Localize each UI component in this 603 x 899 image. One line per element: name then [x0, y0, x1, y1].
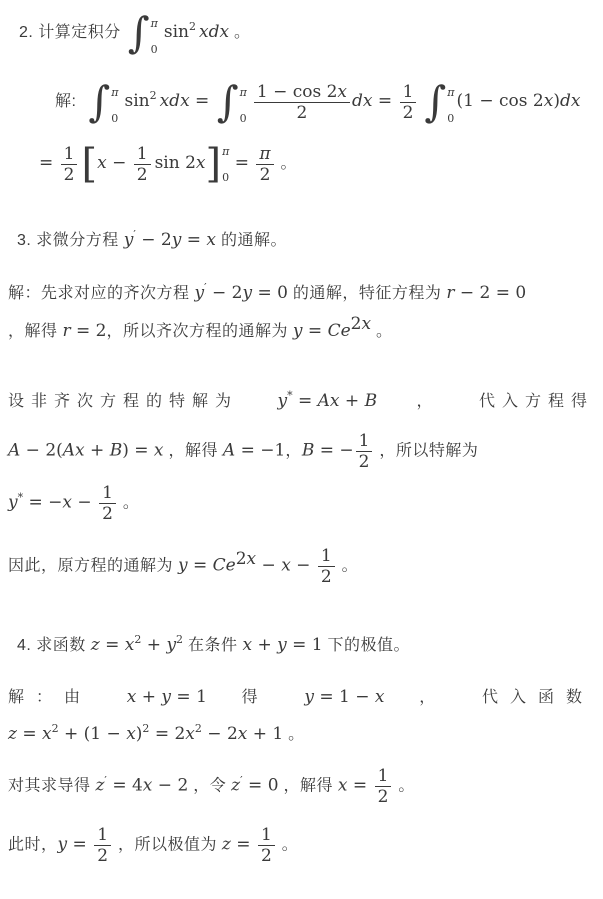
- integral-lower-limit: 0: [447, 106, 454, 132]
- math-roman: 2: [137, 165, 148, 185]
- math-variable: y: [277, 391, 287, 411]
- fraction: 1 − cos 2x2: [254, 83, 350, 122]
- text-run: 。: [229, 24, 250, 41]
- math-variable: y: [293, 321, 303, 341]
- fraction: 12: [134, 145, 151, 184]
- math-roman: −: [256, 556, 281, 576]
- math-roman: =: [67, 835, 92, 855]
- math-roman: + 1: [247, 724, 283, 744]
- math-variable: y: [124, 230, 134, 250]
- fraction-numerator: 1: [356, 432, 373, 451]
- text-run: 。: [371, 323, 392, 340]
- math-roman: − 2: [152, 776, 188, 796]
- math-roman: −: [72, 493, 97, 513]
- math-roman: =: [17, 724, 42, 744]
- fraction-denominator: 2: [400, 102, 417, 122]
- superscript: 2: [150, 89, 157, 102]
- math-variable: x: [62, 493, 72, 513]
- problem-4-solution-line-2: z = x2 + (1 − x)2 = 2x2 − 2x + 1 。: [8, 721, 603, 749]
- math-variable: A: [8, 441, 20, 461]
- superscript: 2: [142, 722, 149, 735]
- text-run: ，所以齐次方程的通解为: [106, 323, 292, 340]
- math-roman: =: [231, 835, 256, 855]
- math-variable: y: [172, 230, 182, 250]
- math-roman: = 0: [243, 776, 279, 796]
- math-roman: 2: [378, 787, 389, 807]
- math-variable: xdx: [199, 22, 229, 42]
- problem-3-solution-line-4: A − 2(Ax + B) = x ，解得 A = −1，B = −12 ，所以…: [8, 432, 603, 471]
- problem-4-solution-line-1: 解：由x + y = 1得y = 1 − x，代入函数: [8, 684, 594, 711]
- text-run: 对其求导得: [8, 778, 95, 795]
- math-roman: −: [107, 153, 132, 173]
- fraction-denominator: 2: [94, 845, 111, 865]
- fraction-denominator: 2: [356, 451, 373, 471]
- math-variable: z: [222, 835, 231, 855]
- math-variable: x: [154, 441, 164, 461]
- fraction: 12: [356, 432, 373, 471]
- math-roman: 2: [102, 504, 113, 524]
- fraction: π2: [256, 145, 273, 184]
- fraction-numerator: 1: [99, 484, 116, 503]
- text-run: 。: [276, 155, 297, 172]
- fraction-numerator: π: [256, 145, 273, 164]
- problem-3-solution-line-1: 解：先求对应的齐次方程 y′ − 2y = 0 的通解，特征方程为 r − 2 …: [8, 280, 603, 308]
- text-run: 3. 求微分方程: [17, 232, 124, 249]
- math-roman: =: [100, 635, 125, 655]
- text-run: 代入方程得: [479, 389, 594, 415]
- math-roman: 2: [351, 314, 362, 334]
- math-roman: sin: [164, 22, 189, 42]
- text-run: 得: [242, 685, 270, 711]
- math-roman: ) =: [122, 441, 154, 461]
- text-run: 此时，: [8, 837, 58, 854]
- math-roman: 2: [97, 846, 108, 866]
- text-run: ，解得: [8, 323, 62, 340]
- text-run: 代入函数: [482, 685, 594, 711]
- problem-4-solution-line-3: 对其求导得 z′ = 4x − 2 ，令 z′ = 0 ，解得 x = 12 。: [8, 767, 603, 806]
- fraction-denominator: 2: [254, 102, 350, 122]
- math-variable: x: [127, 687, 137, 707]
- math-variable: x: [143, 776, 153, 796]
- math-variable: x: [42, 724, 52, 744]
- math-variable: x: [206, 230, 216, 250]
- math-variable: Ax: [318, 391, 340, 411]
- math-variable: xdx: [160, 91, 190, 111]
- problem-4-solution-line-4: 此时，y = 12 ，所以极值为 z = 12 。: [8, 826, 603, 865]
- math-variable: Ce: [213, 556, 236, 576]
- fraction-denominator: 2: [99, 503, 116, 523]
- math-variable: x: [196, 153, 206, 173]
- math-roman: = 2: [71, 321, 107, 341]
- integral-glyph: ∫: [424, 79, 446, 125]
- fraction-numerator: 1: [61, 145, 78, 164]
- math-roman: −: [291, 556, 316, 576]
- fraction: 12: [94, 826, 111, 865]
- math-variable: y: [166, 635, 176, 655]
- integral-sign: ∫π0: [217, 79, 247, 125]
- text-run: 4. 求函数: [17, 637, 91, 654]
- text-run: 在条件: [183, 637, 242, 654]
- math-roman: 1 − cos 2: [257, 82, 338, 102]
- math-variable: y: [304, 687, 314, 707]
- math-variable: y: [8, 493, 18, 513]
- math-roman: sin 2: [155, 153, 196, 173]
- math-roman: 2: [403, 103, 414, 123]
- superscript: 2: [176, 633, 183, 646]
- math-roman: =: [303, 321, 328, 341]
- math-roman: 2: [260, 165, 271, 185]
- math-variable: x: [362, 314, 372, 334]
- math-roman: ): [553, 91, 560, 111]
- math-roman: +: [85, 441, 110, 461]
- text-run: ，: [419, 685, 447, 711]
- integral-lower-limit: 0: [111, 106, 118, 132]
- math-roman: =: [39, 153, 59, 173]
- math-group: y = 1 − x: [304, 684, 384, 711]
- math-variable: B: [110, 441, 123, 461]
- math-roman: +: [252, 635, 277, 655]
- math-roman: = −: [314, 441, 353, 461]
- superscript: *: [18, 491, 24, 504]
- math-roman: 1: [378, 766, 389, 786]
- text-run: ，: [285, 443, 302, 460]
- math-variable: x: [185, 724, 195, 744]
- integral-sign: ∫π0: [424, 79, 454, 125]
- math-variable: dx: [352, 91, 372, 111]
- fraction-numerator: 1: [258, 826, 275, 845]
- math-roman: − 2 = 0: [454, 283, 526, 303]
- problem-3-solution-line-5: y* = −x − 12 。: [8, 484, 603, 523]
- math-variable: y: [58, 835, 68, 855]
- fraction-numerator: 1: [375, 767, 392, 786]
- math-variable: A: [223, 441, 235, 461]
- math-roman: = 1: [287, 635, 323, 655]
- math-variable: x: [242, 635, 252, 655]
- text-run: 因此，原方程的通解为: [8, 558, 178, 575]
- fraction-numerator: 1 − cos 2x: [254, 83, 350, 102]
- math-roman: =: [229, 153, 254, 173]
- math-roman: 2: [297, 103, 308, 123]
- fraction-numerator: 1: [400, 83, 417, 102]
- math-roman: = 2: [149, 724, 185, 744]
- fraction: 12: [318, 547, 335, 586]
- fraction-denominator: 2: [318, 566, 335, 586]
- math-roman: 1: [261, 825, 272, 845]
- math-roman: 1: [102, 483, 113, 503]
- text-run: ，解得: [164, 443, 223, 460]
- text-run: 解:: [55, 93, 86, 110]
- integral-upper-limit: π: [240, 80, 247, 106]
- math-variable: z: [91, 635, 100, 655]
- math-variable: y: [242, 283, 252, 303]
- superscript: 2x: [351, 319, 371, 332]
- math-variable: B: [302, 441, 315, 461]
- math-roman: − 2: [136, 230, 172, 250]
- math-roman: 1: [97, 825, 108, 845]
- integral-limits: π0: [240, 79, 247, 125]
- text-run: 解：先求对应的齐次方程: [8, 285, 194, 302]
- math-roman: +: [340, 391, 365, 411]
- math-roman: 1: [64, 144, 75, 164]
- fraction: 12: [99, 484, 116, 523]
- fraction-denominator: 2: [61, 164, 78, 184]
- math-variable: x: [337, 82, 347, 102]
- math-variable: y: [277, 635, 287, 655]
- fraction: 12: [375, 767, 392, 806]
- text-run: ，令: [188, 778, 231, 795]
- math-variable: z: [231, 776, 240, 796]
- math-variable: x: [375, 687, 385, 707]
- integral-sign: ∫π0: [88, 79, 118, 125]
- integral-lower-limit: 0: [151, 37, 158, 63]
- problem-3-title: 3. 求微分方程 y′ − 2y = x 的通解。: [17, 227, 603, 255]
- math-roman: = −1: [235, 441, 285, 461]
- text-run: ，所以特解为: [374, 443, 478, 460]
- fraction-numerator: 1: [318, 547, 335, 566]
- integral-limits: π0: [447, 79, 454, 125]
- integral-glyph: ∫: [128, 10, 150, 56]
- math-roman: 2: [64, 165, 75, 185]
- math-group: y* = Ax + B: [277, 388, 377, 416]
- math-roman: sin: [124, 91, 149, 111]
- superscript: 2: [195, 722, 202, 735]
- text-run: ，所以极值为: [113, 837, 222, 854]
- fraction: 12: [258, 826, 275, 865]
- text-run: 。: [337, 558, 358, 575]
- problem-2-solution-line-1: 解: ∫π0sin2xdx = ∫π01 − cos 2x2dx = 12∫π0…: [55, 79, 603, 125]
- math-variable: B: [365, 391, 378, 411]
- integral-limits: π0: [151, 10, 158, 56]
- math-roman: − 2: [207, 283, 243, 303]
- fraction-denominator: 2: [375, 786, 392, 806]
- math-variable: y: [178, 556, 188, 576]
- integral-glyph: ∫: [88, 79, 110, 125]
- fraction-denominator: 2: [256, 164, 273, 184]
- math-roman: 1: [359, 431, 370, 451]
- math-variable: y: [161, 687, 171, 707]
- math-roman: = 0: [252, 283, 288, 303]
- superscript: ′: [133, 228, 136, 241]
- superscript: ′: [104, 774, 107, 787]
- text-run: 。: [283, 726, 304, 743]
- math-variable: x: [126, 724, 136, 744]
- math-variable: x: [338, 776, 348, 796]
- math-roman: + (1 −: [59, 724, 127, 744]
- math-roman: +: [136, 687, 161, 707]
- fraction: 12: [61, 145, 78, 184]
- text-run: 的通解，特征方程为: [288, 285, 446, 302]
- fraction: 12: [400, 83, 417, 122]
- text-run: 下的极值。: [323, 637, 410, 654]
- math-roman: 2: [321, 567, 332, 587]
- math-roman: 2: [261, 846, 272, 866]
- bracket: [: [81, 141, 97, 187]
- math-roman: +: [141, 635, 166, 655]
- math-variable: r: [62, 321, 70, 341]
- math-variable: π: [259, 144, 270, 164]
- math-roman: = 1 −: [314, 687, 375, 707]
- math-roman: 1: [137, 144, 148, 164]
- math-roman: 2: [359, 452, 370, 472]
- superscript: *: [287, 389, 293, 402]
- text-run: 设非齐次方程的特解为: [8, 389, 238, 415]
- math-roman: − 2(: [20, 441, 63, 461]
- math-roman: =: [293, 391, 318, 411]
- text-run: 。: [393, 778, 414, 795]
- fraction-denominator: 2: [258, 845, 275, 865]
- problem-3-solution-line-6: 因此，原方程的通解为 y = Ce2x − x − 12 。: [8, 547, 603, 586]
- superscript: 2: [134, 633, 141, 646]
- integral-upper-limit: π: [447, 80, 454, 106]
- fraction-denominator: 2: [134, 164, 151, 184]
- math-variable: Ax: [63, 441, 85, 461]
- math-roman: = 4: [107, 776, 143, 796]
- superscript: ′: [240, 774, 243, 787]
- text-run: ，: [417, 389, 440, 415]
- problem-3-solution-line-3: 设非齐次方程的特解为y* = Ax + B，代入方程得: [8, 388, 594, 416]
- math-roman: 1: [403, 82, 414, 102]
- integral-limits: π0: [111, 79, 118, 125]
- text-run: 。: [118, 495, 139, 512]
- superscript: 2: [189, 20, 196, 33]
- math-roman: 1: [321, 546, 332, 566]
- math-roman: =: [348, 776, 373, 796]
- integral-upper-limit: π: [151, 11, 158, 37]
- superscript: ′: [204, 281, 207, 294]
- math-roman: − 2: [202, 724, 238, 744]
- math-roman: =: [190, 91, 215, 111]
- math-roman: =: [181, 230, 206, 250]
- problem-2-solution-line-2: = 12[x − 12sin 2x]π0 = π2 。: [39, 138, 603, 190]
- math-roman: =: [373, 91, 398, 111]
- math-roman: (1 − cos 2: [457, 91, 544, 111]
- text-run: 的通解。: [216, 232, 287, 249]
- text-run: 解：由: [8, 685, 92, 711]
- superscript: 2x: [236, 554, 256, 567]
- math-variable: y: [194, 283, 204, 303]
- fraction-numerator: 1: [134, 145, 151, 164]
- math-variable: Ce: [328, 321, 351, 341]
- math-roman: 2: [236, 549, 247, 569]
- text-run: ，解得: [279, 778, 338, 795]
- math-variable: z: [8, 724, 17, 744]
- math-variable: x: [97, 153, 107, 173]
- math-variable: x: [281, 556, 291, 576]
- integral-sign: ∫π0: [128, 10, 158, 56]
- math-variable: dx: [560, 91, 580, 111]
- math-group: x + y = 1: [127, 684, 207, 711]
- integral-glyph: ∫: [217, 79, 239, 125]
- math-roman: = 1: [171, 687, 207, 707]
- math-variable: x: [238, 724, 248, 744]
- superscript: 2: [52, 722, 59, 735]
- text-run: 。: [277, 837, 298, 854]
- problem-2-title: 2. 计算定积分 ∫π0sin2xdx 。: [19, 10, 603, 56]
- problem-4-title: 4. 求函数 z = x2 + y2 在条件 x + y = 1 下的极值。: [17, 632, 603, 660]
- integral-lower-limit: 0: [240, 106, 247, 132]
- document-page: 2. 计算定积分 ∫π0sin2xdx 。 解: ∫π0sin2xdx = ∫π…: [0, 0, 603, 865]
- math-roman: = −: [23, 493, 62, 513]
- math-variable: x: [544, 91, 554, 111]
- math-roman: =: [188, 556, 213, 576]
- math-variable: x: [125, 635, 135, 655]
- bracket: ]: [206, 141, 222, 187]
- math-variable: x: [247, 549, 257, 569]
- fraction-numerator: 1: [94, 826, 111, 845]
- integral-upper-limit: π: [111, 80, 118, 106]
- problem-3-solution-line-2: ，解得 r = 2，所以齐次方程的通解为 y = Ce2x 。: [8, 318, 603, 346]
- text-run: 2. 计算定积分: [19, 24, 126, 41]
